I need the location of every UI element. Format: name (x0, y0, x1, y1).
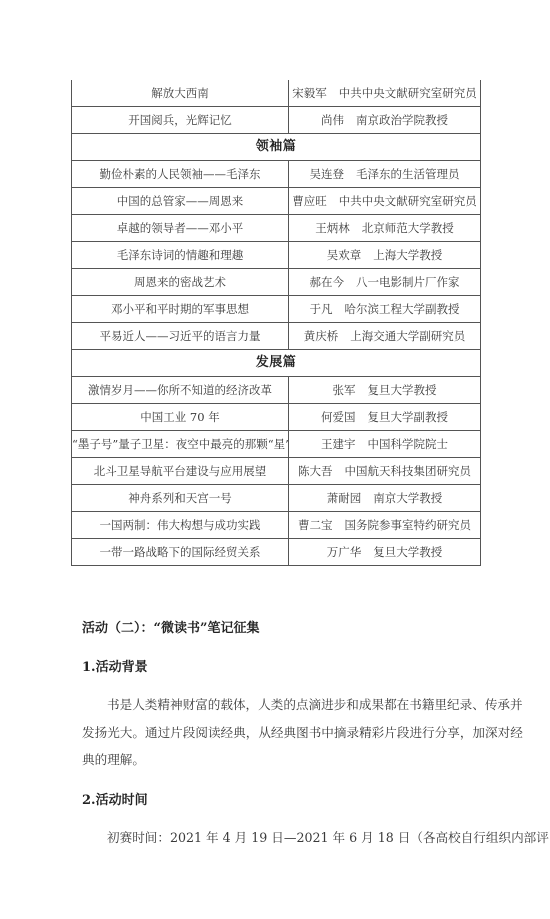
speaker-title: 八一电影制片厂作家 (356, 275, 460, 289)
table-row: 解放大西南 宋毅军中共中央文献研究室研究员 (72, 80, 481, 107)
speaker-title: 哈尔滨工程大学副教授 (345, 302, 460, 316)
speaker-title: 北京师范大学教授 (362, 221, 454, 235)
table-row: 卓越的领导者——邓小平 王炳林北京师范大学教授 (72, 215, 481, 242)
lecture-speaker: 萧耐园南京大学教授 (289, 485, 481, 512)
speaker-name: 郝在今 (310, 275, 345, 289)
table-row: 神舟系列和天宫一号 萧耐园南京大学教授 (72, 485, 481, 512)
table-row: 激情岁月——你所不知道的经济改革 张军复旦大学教授 (72, 377, 481, 404)
paragraph-line: 初赛时间：2021 年 4 月 19 日—2021 年 6 月 18 日（各高校… (82, 824, 482, 852)
table-row: 一国两制：伟大构想与成功实践 曹二宝国务院参事室特约研究员 (72, 512, 481, 539)
paragraph-line: 典的理解。 (82, 746, 482, 774)
activity-heading: 活动（二）：“微读书”笔记征集 (82, 617, 482, 636)
table-row: 毛泽东诗词的情趣和理趣 吴欢章上海大学教授 (72, 242, 481, 269)
speaker-title: 上海交通大学副研究员 (350, 329, 465, 343)
speaker-name: 曹应旺 (292, 194, 327, 208)
speaker-title: 复旦大学教授 (368, 383, 437, 397)
speaker-title: 复旦大学教授 (373, 545, 442, 559)
lecture-title: 北斗卫星导航平台建设与应用展望 (72, 458, 289, 485)
speaker-title: 南京政治学院教授 (356, 113, 448, 127)
lecture-speaker: 王炳林北京师范大学教授 (289, 215, 481, 242)
speaker-title: 复旦大学副教授 (368, 410, 449, 424)
lecture-title: 激情岁月——你所不知道的经济改革 (72, 377, 289, 404)
lecture-title: 卓越的领导者——邓小平 (72, 215, 289, 242)
speaker-name: 张军 (333, 383, 356, 397)
lecture-title: 邓小平和平时期的军事思想 (72, 296, 289, 323)
lecture-title: 毛泽东诗词的情趣和理趣 (72, 242, 289, 269)
speaker-name: 曹二宝 (298, 518, 333, 532)
lecture-schedule-table: 解放大西南 宋毅军中共中央文献研究室研究员 开国阅兵，光辉记忆 尚伟南京政治学院… (71, 80, 481, 566)
table-row: “墨子号”量子卫星：夜空中最亮的那颗“星” 王建宇中国科学院院士 (72, 431, 481, 458)
speaker-name: 王炳林 (315, 221, 350, 235)
table-row: 中国的总管家——周恩来 曹应旺中共中央文献研究室研究员 (72, 188, 481, 215)
lecture-speaker: 王建宇中国科学院院士 (289, 431, 481, 458)
table-row: 中国工业 70 年 何爱国复旦大学副教授 (72, 404, 481, 431)
speaker-title: 中共中央文献研究室研究员 (339, 194, 477, 208)
speaker-name: 萧耐园 (327, 491, 362, 505)
lecture-title: 平易近人——习近平的语言力量 (72, 323, 289, 350)
speaker-title: 中国科学院院士 (368, 437, 449, 451)
table-row: 开国阅兵，光辉记忆 尚伟南京政治学院教授 (72, 107, 481, 134)
lecture-title: 神舟系列和天宫一号 (72, 485, 289, 512)
lecture-speaker: 万广华复旦大学教授 (289, 539, 481, 566)
lecture-title: 一国两制：伟大构想与成功实践 (72, 512, 289, 539)
speaker-name: 陈大吾 (298, 464, 333, 478)
lecture-speaker: 曹二宝国务院参事室特约研究员 (289, 512, 481, 539)
table-row: 一带一路战略下的国际经贸关系 万广华复旦大学教授 (72, 539, 481, 566)
lecture-title: 解放大西南 (72, 80, 289, 107)
table-row: 北斗卫星导航平台建设与应用展望 陈大吾中国航天科技集团研究员 (72, 458, 481, 485)
lecture-speaker: 黄庆桥上海交通大学副研究员 (289, 323, 481, 350)
paragraph-line: 书是人类精神财富的载体，人类的点滴进步和成果都在书籍里纪录、传承并 (82, 691, 482, 719)
table-row: 平易近人——习近平的语言力量 黄庆桥上海交通大学副研究员 (72, 323, 481, 350)
speaker-name: 吴欢章 (327, 248, 362, 262)
section-heading-development: 发展篇 (72, 350, 481, 377)
speaker-name: 何爱国 (321, 410, 356, 424)
section-row: 领袖篇 (72, 134, 481, 161)
speaker-title: 南京大学教授 (373, 491, 442, 505)
speaker-name: 宋毅军 (292, 86, 327, 100)
lecture-title: 勤俭朴素的人民领袖——毛泽东 (72, 161, 289, 188)
speaker-title: 中国航天科技集团研究员 (345, 464, 472, 478)
speaker-name: 吴连登 (310, 167, 345, 181)
section-row: 发展篇 (72, 350, 481, 377)
lecture-title: 中国的总管家——周恩来 (72, 188, 289, 215)
lecture-title: 周恩来的密战艺术 (72, 269, 289, 296)
speaker-title: 国务院参事室特约研究员 (345, 518, 472, 532)
document-page: 解放大西南 宋毅军中共中央文献研究室研究员 开国阅兵，光辉记忆 尚伟南京政治学院… (0, 0, 550, 919)
lecture-speaker: 宋毅军中共中央文献研究室研究员 (289, 80, 481, 107)
time-paragraph: 初赛时间：2021 年 4 月 19 日—2021 年 6 月 18 日（各高校… (82, 824, 482, 852)
speaker-title: 上海大学教授 (373, 248, 442, 262)
section-heading-leaders: 领袖篇 (72, 134, 481, 161)
speaker-name: 尚伟 (321, 113, 344, 127)
lecture-speaker: 陈大吾中国航天科技集团研究员 (289, 458, 481, 485)
background-heading: 1.活动背景 (82, 656, 482, 675)
speaker-name: 黄庆桥 (304, 329, 339, 343)
speaker-name: 于凡 (310, 302, 333, 316)
lecture-title: “墨子号”量子卫星：夜空中最亮的那颗“星” (72, 431, 289, 458)
table-row: 勤俭朴素的人民领袖——毛泽东 吴连登毛泽东的生活管理员 (72, 161, 481, 188)
lecture-title: 一带一路战略下的国际经贸关系 (72, 539, 289, 566)
background-paragraph: 书是人类精神财富的载体，人类的点滴进步和成果都在书籍里纪录、传承并 发扬光大。通… (82, 691, 482, 774)
speaker-title: 毛泽东的生活管理员 (356, 167, 460, 181)
speaker-title: 中共中央文献研究室研究员 (339, 86, 477, 100)
lecture-speaker: 何爱国复旦大学副教授 (289, 404, 481, 431)
lecture-speaker: 吴欢章上海大学教授 (289, 242, 481, 269)
lecture-speaker: 尚伟南京政治学院教授 (289, 107, 481, 134)
time-heading: 2.活动时间 (82, 789, 482, 808)
lecture-speaker: 吴连登毛泽东的生活管理员 (289, 161, 481, 188)
paragraph-line: 发扬光大。通过片段阅读经典，从经典图书中摘录精彩片段进行分享，加深对经 (82, 719, 482, 747)
lecture-speaker: 张军复旦大学教授 (289, 377, 481, 404)
speaker-name: 王建宇 (321, 437, 356, 451)
lecture-speaker: 郝在今八一电影制片厂作家 (289, 269, 481, 296)
speaker-name: 万广华 (327, 545, 362, 559)
lecture-speaker: 曹应旺中共中央文献研究室研究员 (289, 188, 481, 215)
lecture-title: 开国阅兵，光辉记忆 (72, 107, 289, 134)
table-row: 周恩来的密战艺术 郝在今八一电影制片厂作家 (72, 269, 481, 296)
lecture-title: 中国工业 70 年 (72, 404, 289, 431)
table-row: 邓小平和平时期的军事思想 于凡哈尔滨工程大学副教授 (72, 296, 481, 323)
lecture-speaker: 于凡哈尔滨工程大学副教授 (289, 296, 481, 323)
